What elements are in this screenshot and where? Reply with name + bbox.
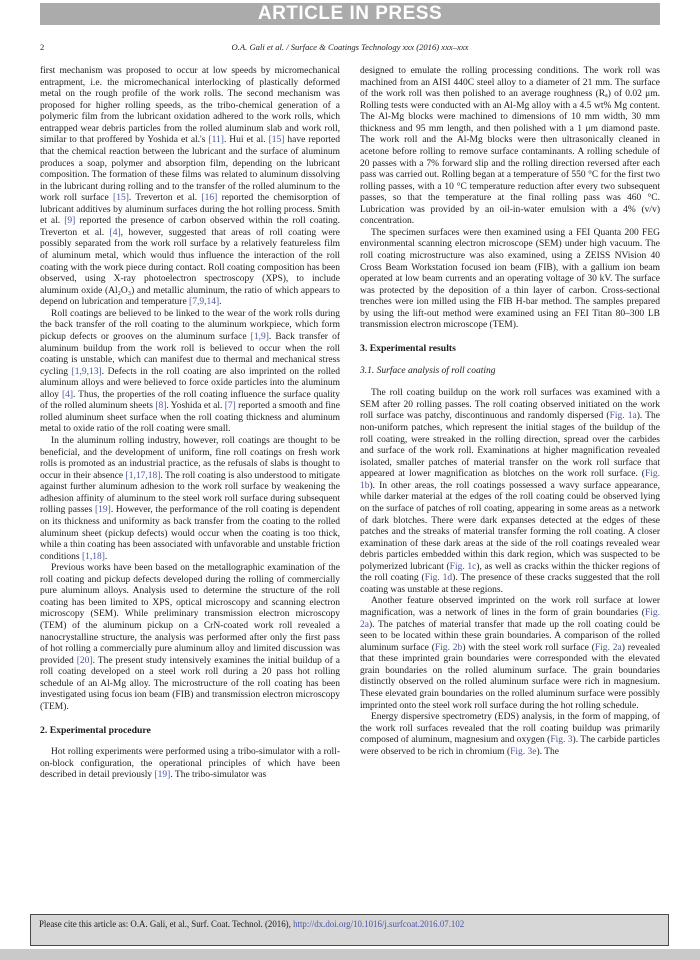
citation-link[interactable]: [15]: [113, 193, 129, 203]
citation-link[interactable]: [7]: [225, 401, 236, 411]
citation-link[interactable]: [7,9,14]: [189, 297, 219, 307]
citation-link[interactable]: [8]: [155, 401, 166, 411]
paragraph: Energy dispersive spectrometry (EDS) ana…: [360, 712, 660, 758]
citation-link[interactable]: Fig. 2b: [435, 643, 462, 653]
doi-link[interactable]: http://dx.doi.org/10.1016/j.surfcoat.201…: [293, 919, 464, 929]
section-heading: 3.1. Surface analysis of roll coating: [360, 366, 660, 378]
citation-link[interactable]: [9]: [64, 216, 75, 226]
paragraph: designed to emulate the rolling processi…: [360, 66, 660, 228]
citation-link[interactable]: [19]: [95, 505, 111, 515]
citation-link[interactable]: [19]: [155, 770, 171, 780]
citation-notice: Please cite this article as: O.A. Gali, …: [30, 914, 669, 946]
citation-link[interactable]: Fig. 1c: [450, 562, 477, 572]
citation-link[interactable]: Fig. 3: [550, 735, 572, 745]
citation-link[interactable]: Fig. 1b: [360, 469, 660, 491]
citation-link[interactable]: [1,9,13]: [72, 367, 102, 377]
citation-link[interactable]: Fig. 2a: [595, 643, 622, 653]
citation-link[interactable]: Fig. 2a: [360, 608, 660, 630]
article-in-press-banner: ARTICLE IN PRESS: [40, 3, 660, 25]
citation-notice-text: Please cite this article as: O.A. Gali, …: [39, 919, 293, 929]
citation-link[interactable]: [20]: [77, 656, 93, 666]
citation-link[interactable]: [16]: [201, 193, 217, 203]
citation-link[interactable]: Fig. 1a: [610, 411, 637, 421]
paragraph: Roll coatings are believed to be linked …: [40, 309, 340, 436]
section-heading: 3. Experimental results: [360, 343, 660, 355]
citation-link[interactable]: [1,17,18]: [126, 471, 161, 481]
citation-link[interactable]: Fig. 3e: [510, 747, 536, 757]
paragraph: The specimen surfaces were then examined…: [360, 228, 660, 332]
paragraph: Another feature observed imprinted on th…: [360, 596, 660, 712]
citation-link[interactable]: [11]: [208, 135, 223, 145]
page-number: 2: [40, 42, 44, 52]
right-column: designed to emulate the rolling processi…: [360, 66, 660, 910]
paragraph: Hot rolling experiments were performed u…: [40, 747, 340, 782]
paragraph: The roll coating buildup on the work rol…: [360, 388, 660, 596]
section-heading: 2. Experimental procedure: [40, 725, 340, 737]
journal-running-head: O.A. Gali et al. / Surface & Coatings Te…: [40, 42, 660, 52]
paragraph: Previous works have been based on the me…: [40, 563, 340, 713]
paragraph: In the aluminum rolling industry, howeve…: [40, 436, 340, 563]
left-column: first mechanism was proposed to occur at…: [40, 66, 340, 910]
citation-link[interactable]: [4]: [62, 390, 73, 400]
article-body: first mechanism was proposed to occur at…: [40, 66, 660, 910]
paragraph: first mechanism was proposed to occur at…: [40, 66, 340, 309]
citation-link[interactable]: [4]: [110, 228, 121, 238]
citation-link[interactable]: [1,9]: [251, 332, 269, 342]
citation-link[interactable]: [1,18]: [82, 552, 105, 562]
page-bottom-strip: [0, 949, 700, 960]
citation-link[interactable]: [15]: [269, 135, 285, 145]
citation-link[interactable]: Fig. 1d: [425, 573, 452, 583]
running-header: 2 O.A. Gali et al. / Surface & Coatings …: [40, 42, 660, 53]
